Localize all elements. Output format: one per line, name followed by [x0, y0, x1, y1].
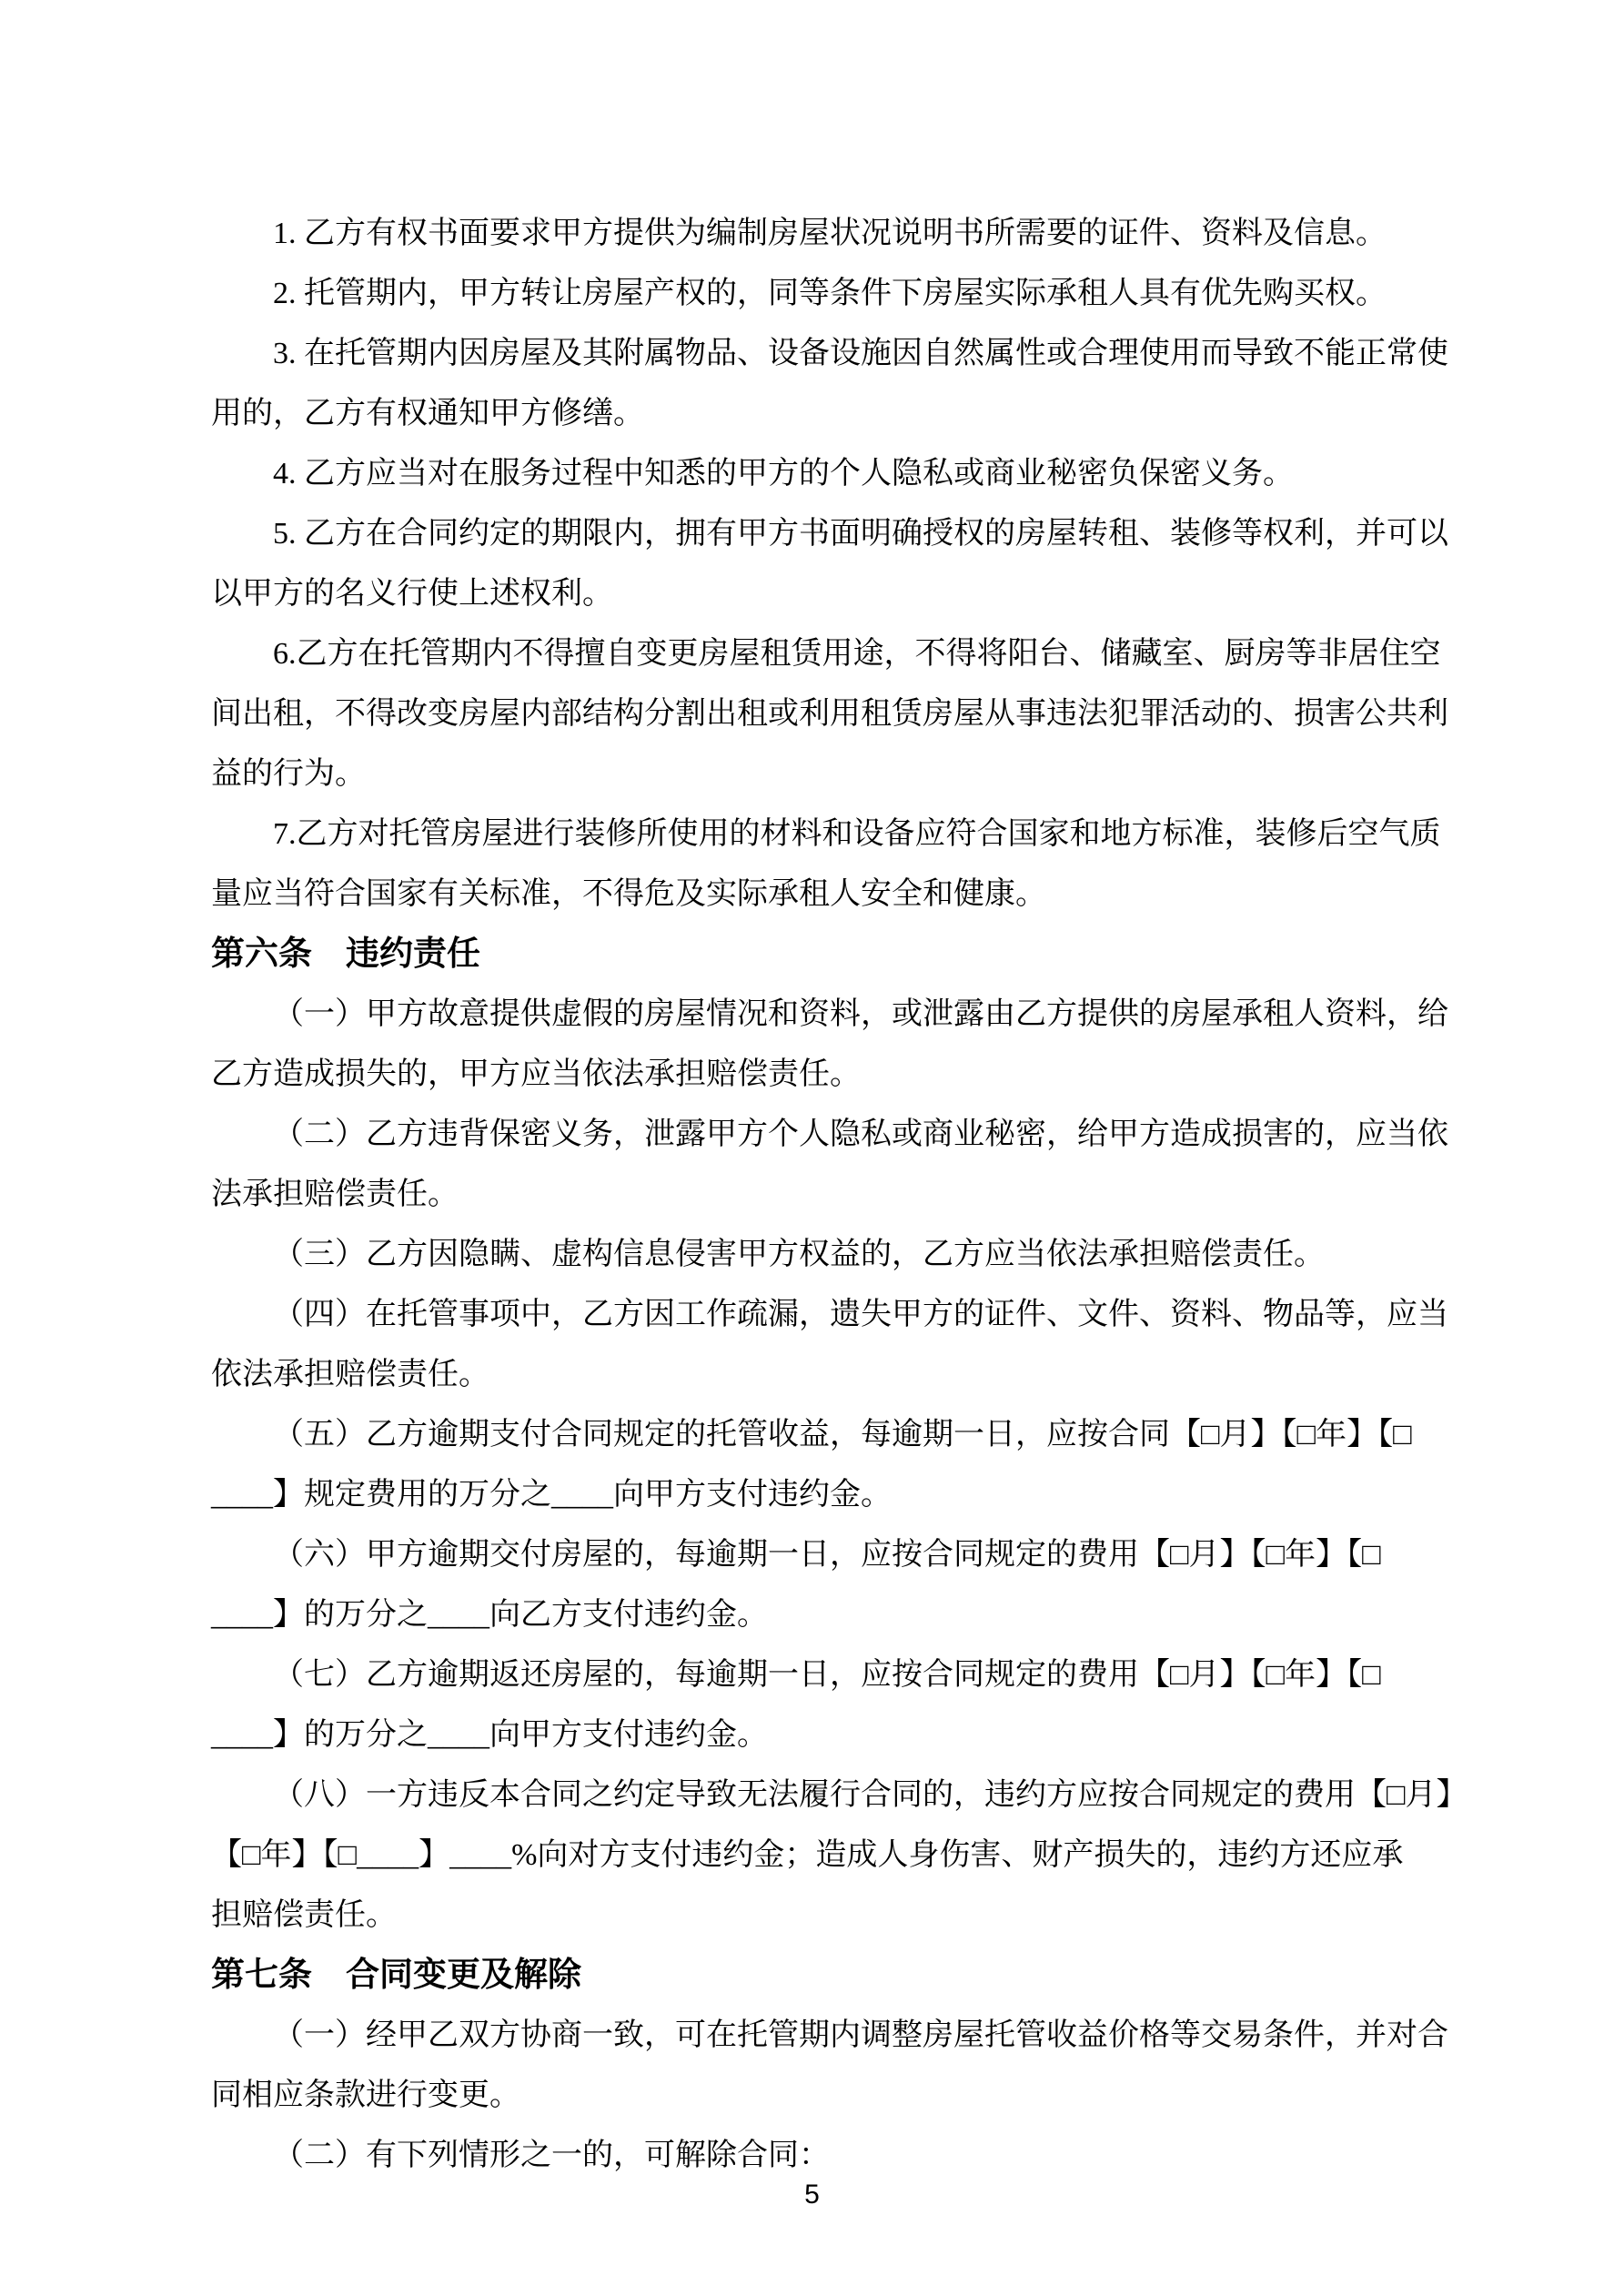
document-line: （五）乙方逾期支付合同规定的托管收益，每逾期一日，应按合同【□月】【□年】【□: [211, 1405, 1439, 1465]
document-line: 【□年】【□____】____%向对方支付违约金；造成人身伤害、财产损失的，违约…: [211, 1826, 1439, 1886]
document-line: 同相应条款进行变更。: [211, 2066, 1439, 2126]
document-line: 2. 托管期内，甲方转让房屋产权的，同等条件下房屋实际承租人具有优先购买权。: [211, 264, 1439, 324]
document-line: （四）在托管事项中，乙方因工作疏漏，遗失甲方的证件、文件、资料、物品等，应当: [211, 1285, 1439, 1345]
document-line: 5. 乙方在合同约定的期限内，拥有甲方书面明确授权的房屋转租、装修等权利，并可以: [211, 504, 1439, 564]
document-line: 以甲方的名义行使上述权利。: [211, 564, 1439, 624]
document-line: 法承担赔偿责任。: [211, 1165, 1439, 1225]
section-heading: 第六条 违约责任: [211, 925, 1439, 985]
document-content: 1. 乙方有权书面要求甲方提供为编制房屋状况说明书所需要的证件、资料及信息。2.…: [211, 204, 1439, 2186]
document-line: （三）乙方因隐瞒、虚构信息侵害甲方权益的，乙方应当依法承担赔偿责任。: [211, 1225, 1439, 1285]
document-line: 用的，乙方有权通知甲方修缮。: [211, 384, 1439, 444]
document-line: （六）甲方逾期交付房屋的，每逾期一日，应按合同规定的费用【□月】【□年】【□: [211, 1525, 1439, 1585]
document-line: 4. 乙方应当对在服务过程中知悉的甲方的个人隐私或商业秘密负保密义务。: [211, 444, 1439, 504]
document-line: （二）乙方违背保密义务，泄露甲方个人隐私或商业秘密，给甲方造成损害的，应当依: [211, 1105, 1439, 1165]
document-line: 间出租，不得改变房屋内部结构分割出租或利用租赁房屋从事违法犯罪活动的、损害公共利: [211, 684, 1439, 744]
document-line: （一）甲方故意提供虚假的房屋情况和资料，或泄露由乙方提供的房屋承租人资料，给: [211, 985, 1439, 1045]
document-line: 1. 乙方有权书面要求甲方提供为编制房屋状况说明书所需要的证件、资料及信息。: [211, 204, 1439, 264]
document-line: 依法承担赔偿责任。: [211, 1345, 1439, 1405]
document-line: ____】的万分之____向乙方支付违约金。: [211, 1585, 1439, 1645]
document-line: 益的行为。: [211, 744, 1439, 804]
document-line: 乙方造成损失的，甲方应当依法承担赔偿责任。: [211, 1045, 1439, 1105]
document-line: （一）经甲乙双方协商一致，可在托管期内调整房屋托管收益价格等交易条件，并对合: [211, 2006, 1439, 2066]
document-line: 3. 在托管期内因房屋及其附属物品、设备设施因自然属性或合理使用而导致不能正常使: [211, 324, 1439, 384]
document-line: ____】规定费用的万分之____向甲方支付违约金。: [211, 1465, 1439, 1525]
document-line: 6.乙方在托管期内不得擅自变更房屋租赁用途，不得将阳台、储藏室、厨房等非居住空: [211, 624, 1439, 684]
section-heading: 第七条 合同变更及解除: [211, 1946, 1439, 2006]
document-line: （七）乙方逾期返还房屋的，每逾期一日，应按合同规定的费用【□月】【□年】【□: [211, 1645, 1439, 1705]
document-line: ____】的万分之____向甲方支付违约金。: [211, 1705, 1439, 1765]
document-line: 担赔偿责任。: [211, 1886, 1439, 1946]
document-line: 7.乙方对托管房屋进行装修所使用的材料和设备应符合国家和地方标准，装修后空气质: [211, 804, 1439, 865]
document-line: 量应当符合国家有关标准，不得危及实际承租人安全和健康。: [211, 865, 1439, 925]
document-page: 1. 乙方有权书面要求甲方提供为编制房屋状况说明书所需要的证件、资料及信息。2.…: [0, 0, 1624, 2296]
page-number: 5: [0, 2175, 1624, 2215]
document-line: （八）一方违反本合同之约定导致无法履行合同的，违约方应按合同规定的费用【□月】: [211, 1765, 1439, 1826]
